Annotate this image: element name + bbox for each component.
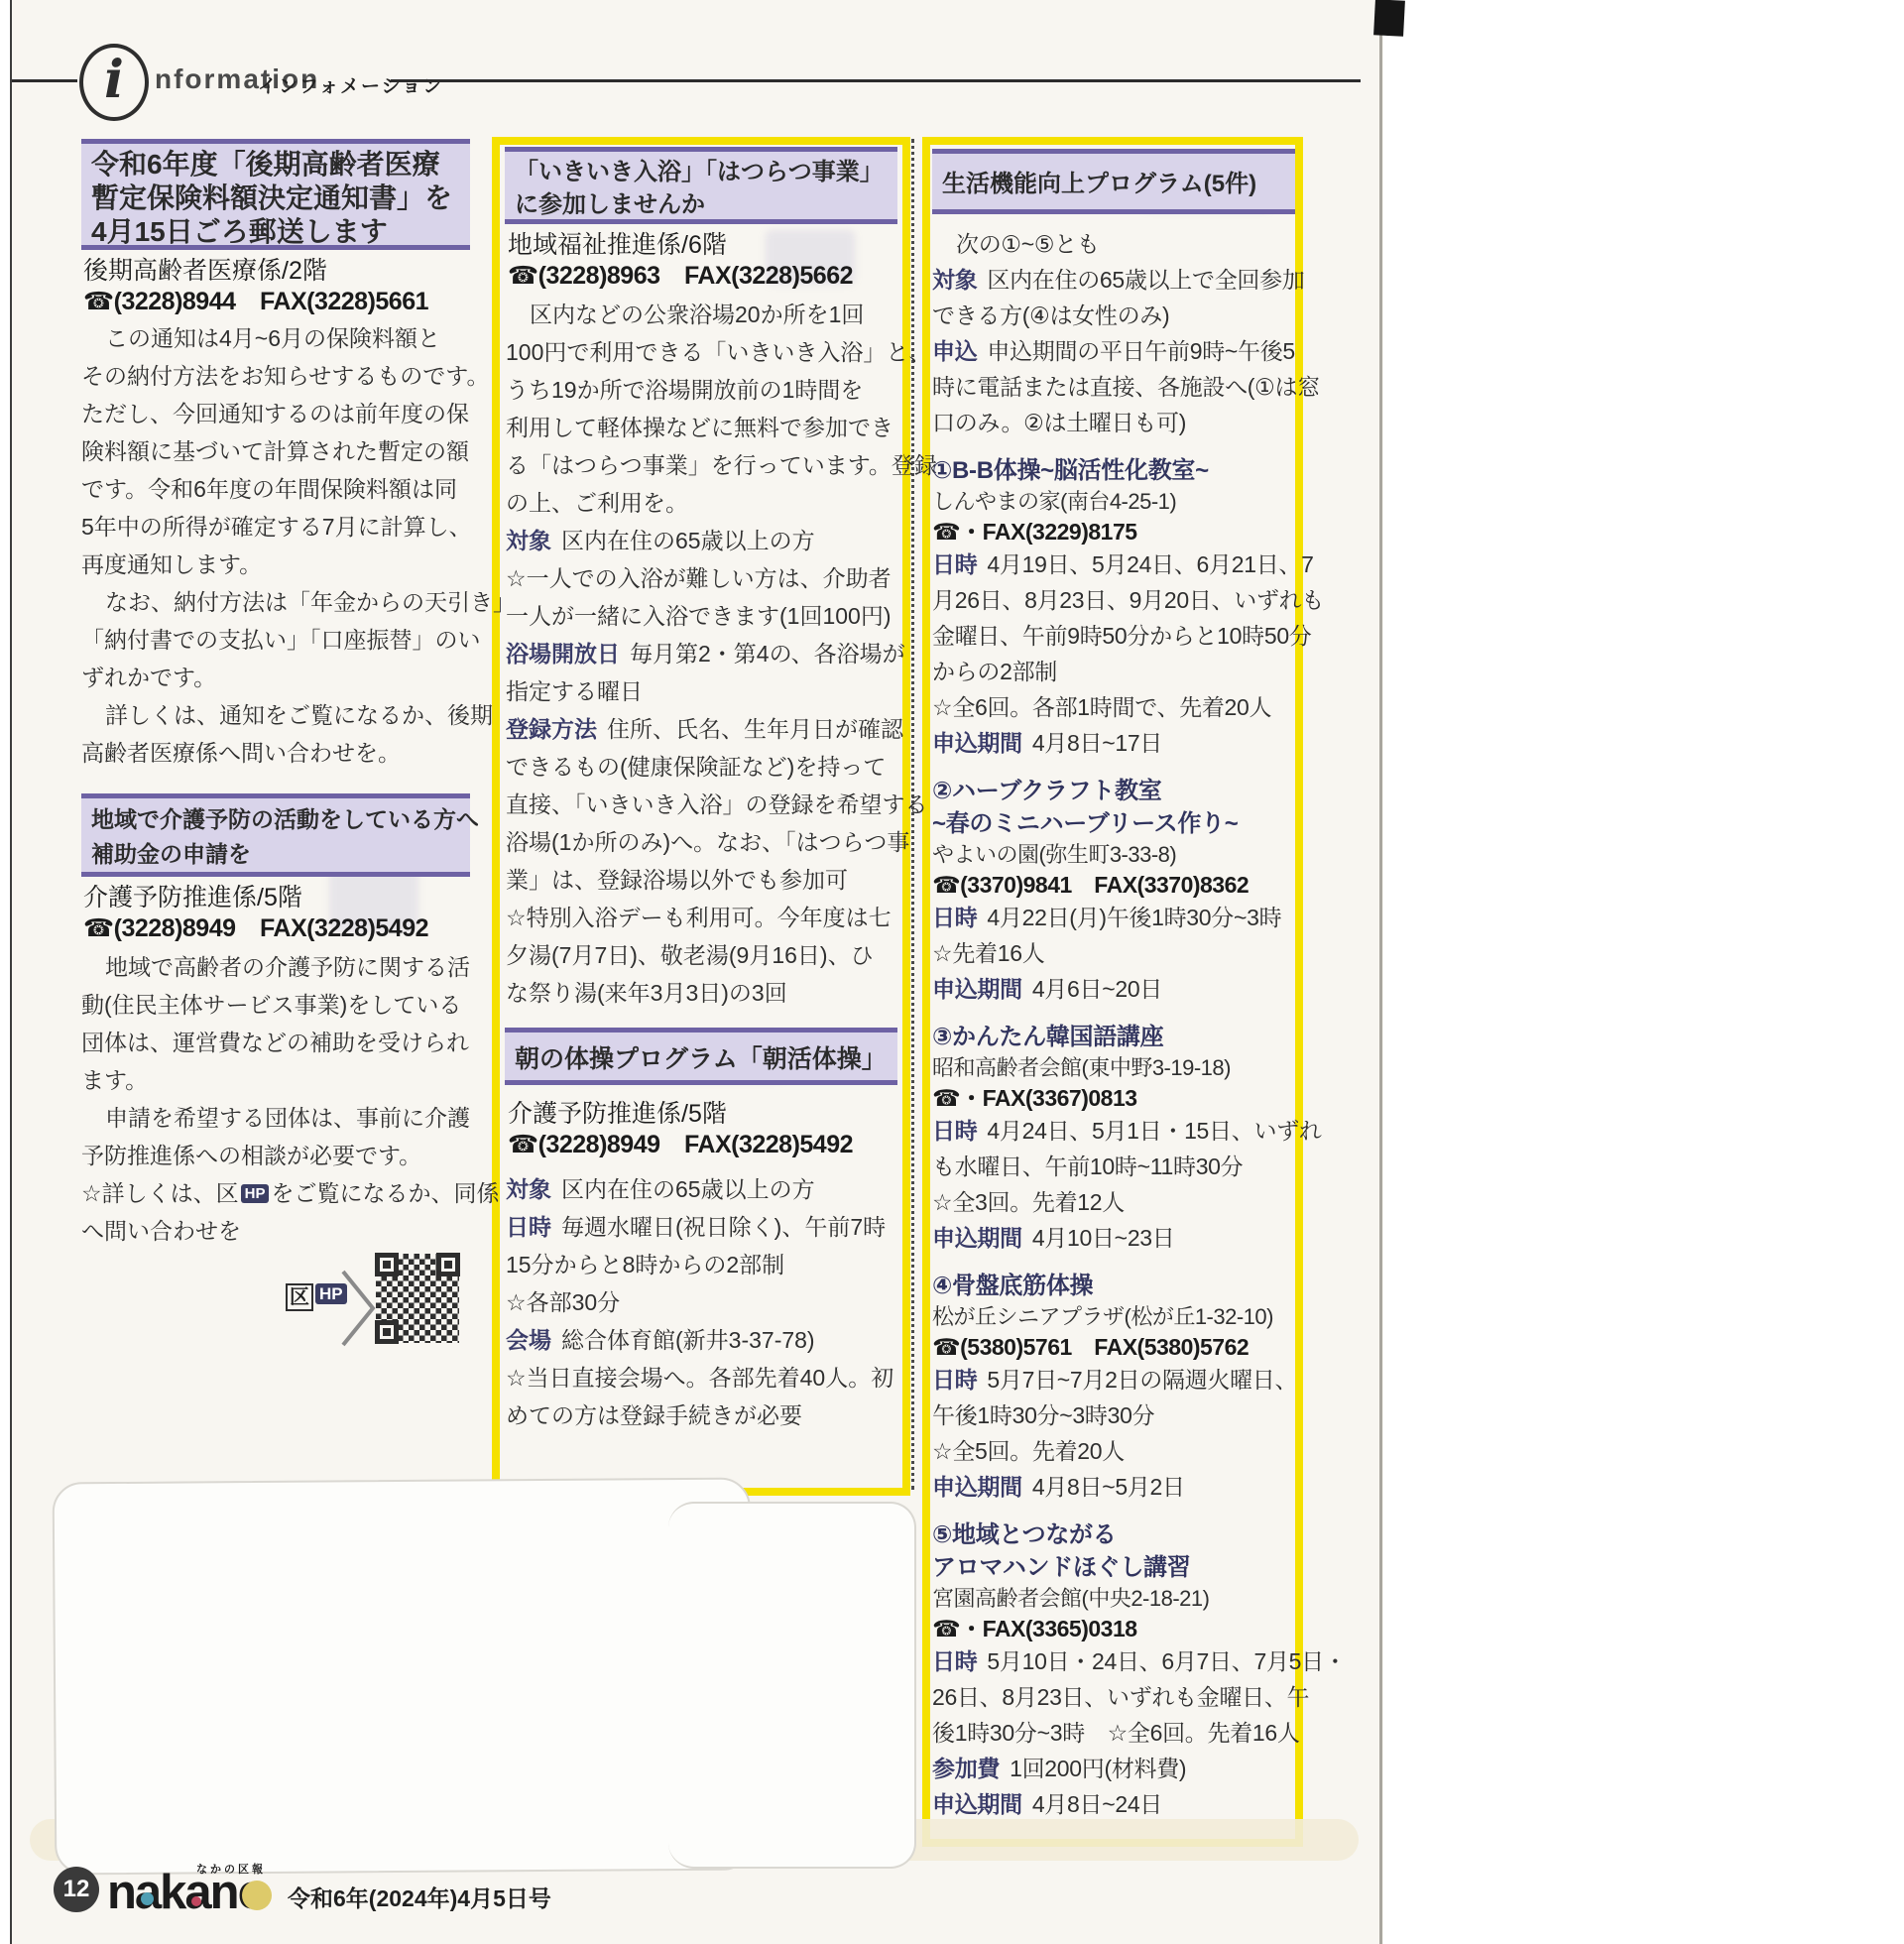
text-line: 口のみ。②は土曜日も可) — [932, 405, 1299, 440]
text-line: 動(住民主体サービス事業)をしている — [81, 986, 478, 1024]
inline-field-label: 申込期間 — [932, 976, 1022, 1002]
inline-field-label: 日時 — [932, 551, 977, 577]
text-line: 対象区内在住の65歳以上の方 — [506, 1170, 902, 1208]
text-line: 生活機能向上プログラム(5件) — [942, 168, 1295, 201]
text-line: ☆詳しくは、区HPをご覧になるか、同係 — [81, 1174, 478, 1212]
text-line: 区内などの公衆浴場20か所を1回 — [506, 296, 902, 333]
text-line: 15分からと8時からの2部制 — [506, 1246, 902, 1283]
text-line: ~春のミニハーブリース作り~ — [932, 807, 1299, 840]
text-line: 一人が一緒に入浴できます(1回100円) — [506, 597, 902, 635]
information-logo-icon: i — [79, 44, 149, 121]
text-line: ☎・FAX(3365)0318 — [932, 1614, 1299, 1643]
text-line: 申込期間4月8日~24日 — [932, 1786, 1299, 1822]
header-rule-left — [12, 79, 77, 82]
logo-pink-dot-icon — [191, 1896, 201, 1906]
page-number: 12 — [63, 1876, 90, 1903]
text-line: 宮園高齢者会館(中央2-18-21) — [932, 1584, 1299, 1614]
qr-code — [376, 1254, 459, 1343]
text-line: 4月15日ごろ郵送します — [91, 215, 470, 249]
text-line: 26日、8月23日、いずれも金曜日、午 — [932, 1679, 1299, 1715]
article-body: この通知は4月~6月の保険料額とその納付方法をお知らせするものです。ただし、今回… — [81, 319, 478, 772]
text-line: 申込期間4月8日~5月2日 — [932, 1469, 1299, 1505]
inline-field-label: 日時 — [932, 905, 977, 930]
text-line: 日時5月10日・24日、6月7日、7月5日・ — [932, 1643, 1299, 1679]
qr-finder-icon — [375, 1253, 399, 1276]
text-line: 日時毎週水曜日(祝日除く)、午前7時 — [506, 1208, 902, 1246]
scanned-newsletter-page: i nformation インフォメーション 令和6年度「後期高齢者医療暫定保険… — [0, 0, 1904, 1944]
text-line: ずれかです。 — [81, 659, 478, 696]
page-paper: i nformation インフォメーション 令和6年度「後期高齢者医療暫定保険… — [10, 0, 1383, 1944]
text-line: ③かんたん韓国語講座 — [932, 1021, 1299, 1053]
article-title-band: 令和6年度「後期高齢者医療暫定保険料額決定通知書」を4月15日ごろ郵送します — [81, 139, 470, 250]
contact-dept: 地域福祉推進係/6階 — [508, 230, 853, 261]
logo-i-glyph: i — [104, 55, 124, 106]
text-line: 指定する曜日 — [506, 672, 902, 710]
inline-field-label: 申込 — [932, 338, 977, 364]
text-line: 時に電話または直接、各施設へ(①は窓 — [932, 369, 1299, 405]
inline-field-label: 対象 — [932, 267, 977, 293]
contact-block: 地域福祉推進係/6階 ☎(3228)8963 FAX(3228)5662 — [508, 230, 853, 292]
article-title-band: 生活機能向上プログラム(5件) — [932, 149, 1295, 214]
ku-box-icon: 区 — [286, 1283, 313, 1311]
text-line: 次の①~⑤とも — [932, 226, 1299, 262]
text-line: からの2部制 — [932, 654, 1299, 689]
text-line: しんやまの家(南台4-25-1) — [932, 487, 1299, 517]
contact-dept: 後期高齢者医療係/2階 — [83, 256, 428, 287]
text-line: 日時5月7日~7月2日の隔週火曜日、 — [932, 1362, 1299, 1397]
scan-corner-mark — [1373, 0, 1405, 37]
text-line: 昭和高齢者会館(東中野3-19-18) — [932, 1053, 1299, 1083]
text-line: その納付方法をお知らせするものです。 — [81, 357, 478, 395]
edition-date: 令和6年(2024年)4月5日号 — [288, 1881, 551, 1913]
article-title: 「いきいき入浴」「はつらつ事業」に参加しませんか — [515, 156, 897, 221]
article-body: 地域で高齢者の介護予防に関する活動(住民主体サービス事業)をしている団体は、運営… — [81, 948, 478, 1250]
text-line: この通知は4月~6月の保険料額と — [81, 319, 478, 357]
text-line: ①B-B体操~脳活性化教室~ — [932, 454, 1299, 487]
text-line: 険料額に基づいて計算された暫定の額 — [81, 432, 478, 470]
inline-field-label: 会場 — [506, 1327, 551, 1353]
text-line: うち19か所で浴場開放前の1時間を — [506, 371, 902, 409]
text-line: ②ハーブクラフト教室 — [932, 775, 1299, 807]
article-title-band: 地域で介護予防の活動をしている方へ補助金の申請を — [81, 793, 470, 877]
inline-field-label: 申込期間 — [932, 730, 1022, 756]
text-line: 対象区内在住の65歳以上で全回参加 — [932, 262, 1299, 298]
text-line: 日時4月24日、5月1日・15日、いずれ — [932, 1113, 1299, 1149]
logo-yellow-circle-icon — [242, 1881, 272, 1910]
text-line: 日時4月22日(月)午後1時30分~3時 — [932, 900, 1299, 935]
text-line: です。令和6年度の年間保険料額は同 — [81, 470, 478, 508]
text-line: 予防推進係への相談が必要です。 — [81, 1137, 478, 1174]
text-line: 金曜日、午前9時50分からと10時50分 — [932, 618, 1299, 654]
text-line: 松が丘シニアプラザ(松が丘1-32-10) — [932, 1302, 1299, 1332]
text-line: ただし、今回通知するのは前年度の保 — [81, 395, 478, 432]
inline-field-label: 日時 — [932, 1367, 977, 1393]
text-line: 浴場(1か所のみ)へ。なお、「はつらつ事 — [506, 823, 902, 861]
inline-field-label: 浴場開放日 — [506, 641, 620, 667]
contact-dept: 介護予防推進係/5階 — [83, 883, 428, 913]
page-number-badge: 12 — [54, 1867, 99, 1912]
text-line: 「いきいき入浴」「はつらつ事業」 — [515, 156, 897, 188]
qr-finder-icon — [375, 1320, 399, 1344]
text-line: ます。 — [81, 1061, 478, 1099]
text-line: 地域で高齢者の介護予防に関する活 — [81, 948, 478, 986]
text-line: 会場総合体育館(新井3-37-78) — [506, 1321, 902, 1359]
text-line: 5年中の所得が確定する7月に計算し、 — [81, 508, 478, 546]
text-line: ☎・FAX(3367)0813 — [932, 1083, 1299, 1113]
text-line: 参加費1回200円(材料費) — [932, 1751, 1299, 1786]
inline-field-label: 対象 — [506, 528, 551, 553]
redacted-area — [53, 1478, 754, 1876]
text-line: ☆各部30分 — [506, 1283, 902, 1321]
text-line: ☎・FAX(3229)8175 — [932, 517, 1299, 547]
inline-field-label: 日時 — [932, 1118, 977, 1144]
hp-badge-icon: HP — [241, 1184, 270, 1203]
text-line: 高齢者医療係へ問い合わせを。 — [81, 734, 478, 772]
logo-teal-dot-icon — [141, 1892, 154, 1905]
text-line: 詳しくは、通知をご覧になるか、後期 — [81, 696, 478, 734]
article-title: 朝の体操プログラム「朝活体操」 — [515, 1042, 897, 1076]
text-line: なお、納付方法は「年金からの天引き」 — [81, 583, 478, 621]
inline-field-label: 参加費 — [932, 1756, 1000, 1781]
header-rule-right — [391, 79, 1361, 82]
contact-dept: 介護予防推進係/5階 — [508, 1099, 853, 1130]
contact-block: 後期高齢者医療係/2階 ☎(3228)8944 FAX(3228)5661 — [83, 256, 428, 317]
article-body: 対象区内在住の65歳以上の方日時毎週水曜日(祝日除く)、午前7時15分からと8時… — [506, 1170, 902, 1434]
text-line: 浴場開放日毎月第2・第4の、各浴場が — [506, 635, 902, 672]
text-line: ④骨盤底筋体操 — [932, 1270, 1299, 1302]
inline-field-label: 申込期間 — [932, 1474, 1022, 1500]
text-line: ☆全5回。先着20人 — [932, 1433, 1299, 1469]
contact-block: 介護予防推進係/5階 ☎(3228)8949 FAX(3228)5492 — [83, 883, 428, 944]
text-line: 100円で利用できる「いきいき入浴」と、 — [506, 333, 902, 371]
text-line: 午後1時30分~3時30分 — [932, 1397, 1299, 1433]
text-line: できる方(④は女性のみ) — [932, 298, 1299, 333]
article-title: 令和6年度「後期高齢者医療暫定保険料額決定通知書」を4月15日ごろ郵送します — [91, 148, 470, 249]
article-body: 次の①~⑤とも対象区内在住の65歳以上で全回参加できる方(④は女性のみ)申込申込… — [932, 226, 1299, 1822]
text-line: できるもの(健康保険証など)を持って — [506, 748, 902, 786]
text-line: 申込期間4月8日~17日 — [932, 725, 1299, 761]
text-line: 暫定保険料額決定通知書」を — [91, 182, 470, 215]
text-line: 団体は、運営費などの補助を受けられ — [81, 1024, 478, 1061]
text-line: 申込期間4月10日~23日 — [932, 1220, 1299, 1256]
text-line: ☎(5380)5761 FAX(5380)5762 — [932, 1332, 1299, 1362]
text-line: な祭り湯(来年3月3日)の3回 — [506, 974, 902, 1012]
text-line: ☎(3370)9841 FAX(3370)8362 — [932, 870, 1299, 900]
inline-field-label: 日時 — [932, 1648, 977, 1674]
text-line: 再度通知します。 — [81, 546, 478, 583]
text-line: めての方は登録手続きが必要 — [506, 1397, 902, 1434]
text-line: 直接、「いきいき入浴」の登録を希望する — [506, 786, 902, 823]
text-line: 業」は、登録浴場以外でも参加可 — [506, 861, 902, 899]
text-line: 後1時30分~3時 ☆全6回。先着16人 — [932, 1715, 1299, 1751]
text-line: 登録方法住所、氏名、生年月日が確認 — [506, 710, 902, 748]
text-line: ☆特別入浴デーも利用可。今年度は七 — [506, 899, 902, 936]
text-line: る「はつらつ事業」を行っています。登録 — [506, 446, 902, 484]
contact-phone: ☎(3228)8963 FAX(3228)5662 — [508, 261, 853, 292]
text-line: 補助金の申請を — [91, 837, 470, 872]
inline-field-label: 対象 — [506, 1176, 551, 1202]
text-line: 夕湯(7月7日)、敬老湯(9月16日)、ひ — [506, 936, 902, 974]
text-line: 申請を希望する団体は、事前に介護 — [81, 1099, 478, 1137]
inline-field-label: 申込期間 — [932, 1225, 1022, 1251]
text-line: ☆全6回。各部1時間で、先着20人 — [932, 689, 1299, 725]
text-line: 申込期間4月6日~20日 — [932, 971, 1299, 1007]
text-line: ☆先着16人 — [932, 935, 1299, 971]
text-line: 令和6年度「後期高齢者医療 — [91, 148, 470, 182]
text-line: 申込申込期間の平日午前9時~午後5 — [932, 333, 1299, 369]
inline-field-label: 申込期間 — [932, 1791, 1022, 1817]
text-line: ⑤地域とつながる — [932, 1519, 1299, 1551]
text-line: ☆一人での入浴が難しい方は、介助者 — [506, 559, 902, 597]
contact-phone: ☎(3228)8944 FAX(3228)5661 — [83, 287, 428, 317]
text-line: に参加しませんか — [515, 188, 897, 221]
text-line: 朝の体操プログラム「朝活体操」 — [515, 1042, 897, 1076]
header-title-ja: インフォメーション — [258, 71, 443, 98]
page-edge-line — [1379, 0, 1382, 1944]
text-line: アロマハンドほぐし講習 — [932, 1551, 1299, 1584]
article-body: 区内などの公衆浴場20か所を1回100円で利用できる「いきいき入浴」と、うち19… — [506, 296, 902, 1012]
nakano-logo-kana: なかの区報 — [196, 1861, 266, 1877]
text-line: 月26日、8月23日、9月20日、いずれも — [932, 582, 1299, 618]
text-line: も水曜日、午前10時~11時30分 — [932, 1149, 1299, 1184]
article-title-band: 朝の体操プログラム「朝活体操」 — [505, 1028, 897, 1085]
inline-field-label: 登録方法 — [506, 716, 597, 742]
text-line: 日時4月19日、5月24日、6月21日、7 — [932, 547, 1299, 582]
text-line: ☆全3回。先着12人 — [932, 1184, 1299, 1220]
article-title: 地域で介護予防の活動をしている方へ補助金の申請を — [91, 802, 470, 872]
text-line: 対象区内在住の65歳以上の方 — [506, 522, 902, 559]
text-line: やよいの園(弥生町3-33-8) — [932, 840, 1299, 870]
inline-field-label: 日時 — [506, 1214, 551, 1240]
text-line: 地域で介護予防の活動をしている方へ — [91, 802, 470, 837]
chevron-right-icon — [339, 1268, 379, 1349]
text-line: 利用して軽体操などに無料で参加でき — [506, 409, 902, 446]
text-line: ☆当日直接会場へ。各部先着40人。初 — [506, 1359, 902, 1397]
qr-finder-icon — [436, 1253, 460, 1276]
text-line: へ問い合わせを — [81, 1212, 478, 1250]
contact-phone: ☎(3228)8949 FAX(3228)5492 — [508, 1130, 853, 1160]
contact-block: 介護予防推進係/5階 ☎(3228)8949 FAX(3228)5492 — [508, 1099, 853, 1160]
article-title: 生活機能向上プログラム(5件) — [942, 168, 1295, 201]
article-title-band: 「いきいき入浴」「はつらつ事業」に参加しませんか — [505, 147, 897, 224]
text-line: の上、ご利用を。 — [506, 484, 902, 522]
redacted-area — [668, 1502, 916, 1869]
contact-phone: ☎(3228)8949 FAX(3228)5492 — [83, 913, 428, 944]
text-line: 「納付書での支払い」「口座振替」のい — [81, 621, 478, 659]
